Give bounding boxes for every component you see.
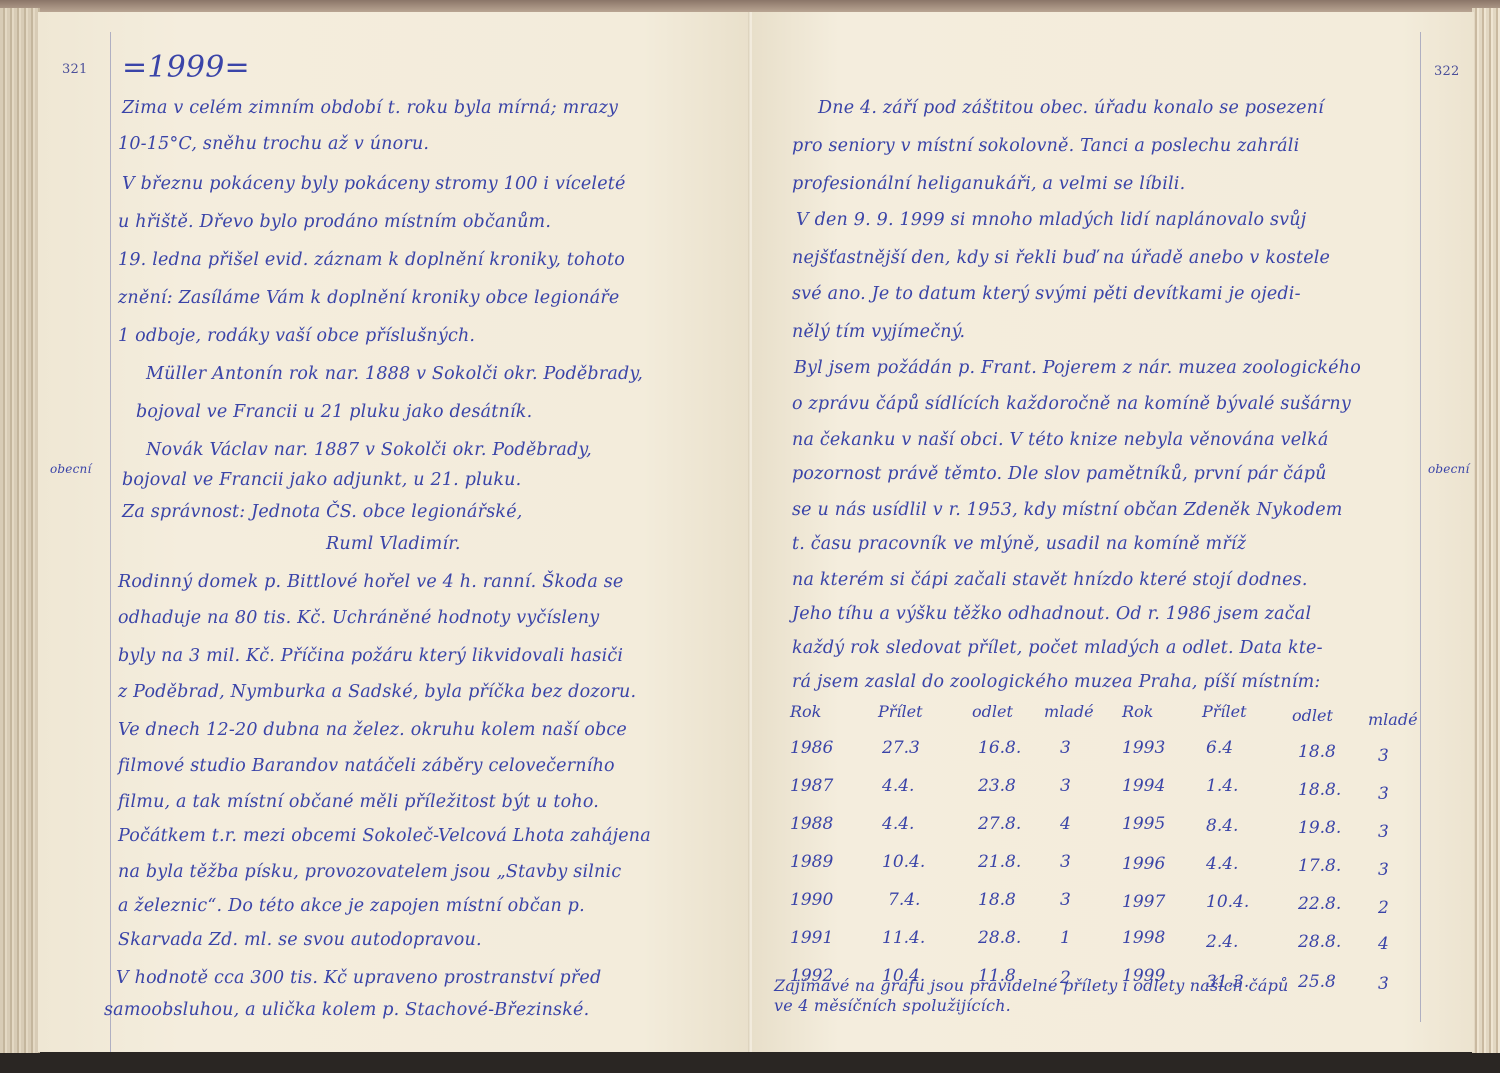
text-line: ve 4 měsíčních spolužijících.	[774, 996, 1011, 1015]
text-line: a železnic“. Do této akce je zapojen mís…	[118, 896, 585, 916]
cell-arrival: 1.4.	[1206, 776, 1238, 796]
cell-young: 3	[1378, 974, 1389, 994]
cell-arrival: 6.4	[1206, 738, 1233, 758]
text-line: Dne 4. září pod záštitou obec. úřadu kon…	[818, 98, 1324, 118]
left-page: 321 =1999= obecní Zima v celém zimním ob…	[38, 12, 750, 1052]
cell-young: 3	[1060, 852, 1071, 872]
cell-arrival: 4.4.	[882, 776, 914, 796]
text-line: Jeho tíhu a výšku těžko odhadnout. Od r.…	[792, 604, 1311, 624]
page-number: 321	[62, 62, 87, 77]
text-line: 10-15°C, sněhu trochu až v únoru.	[118, 134, 429, 154]
cell-year: 1986	[790, 738, 833, 758]
page-edges-left	[0, 8, 40, 1053]
cell-arrival: 10.4.	[1206, 892, 1249, 912]
table-header: mladé	[1368, 710, 1418, 729]
text-line: V den 9. 9. 1999 si mnoho mladých lidí n…	[796, 210, 1306, 230]
cell-arrival: 4.4.	[1206, 854, 1238, 874]
text-line: Ve dnech 12-20 dubna na želez. okruhu ko…	[118, 720, 627, 740]
text-line: Müller Antonín rok nar. 1888 v Sokolči o…	[146, 364, 643, 384]
text-line: z Poděbrad, Nymburka a Sadské, byla příč…	[118, 682, 636, 702]
margin-line	[110, 32, 111, 1052]
cell-year: 1998	[1122, 928, 1165, 948]
text-line: Novák Václav nar. 1887 v Sokolči okr. Po…	[146, 440, 592, 460]
page-number: 322	[1434, 64, 1459, 79]
cell-young: 1	[1060, 928, 1071, 948]
text-line: filmu, a tak místní občané měli příležit…	[118, 792, 599, 812]
text-line: byly na 3 mil. Kč. Příčina požáru který …	[118, 646, 623, 666]
cell-young: 3	[1378, 822, 1389, 842]
cell-young: 3	[1378, 746, 1389, 766]
cell-year: 1993	[1122, 738, 1165, 758]
text-line: znění: Zasíláme Vám k doplnění kroniky o…	[118, 288, 619, 308]
text-line: Počátkem t.r. mezi obcemi Sokoleč-Velcov…	[118, 826, 651, 846]
text-line: 1 odboje, rodáky vaší obce příslušných.	[118, 326, 475, 346]
text-line: své ano. Je to datum který svými pěti de…	[792, 284, 1301, 304]
text-line: o zprávu čápů sídlících každoročně na ko…	[792, 394, 1351, 414]
text-line: na čekanku v naší obci. V této knize neb…	[792, 430, 1328, 450]
table-header: Rok	[790, 702, 821, 721]
cell-young: 3	[1378, 860, 1389, 880]
table-header: Přílet	[878, 702, 923, 721]
cell-year: 1990	[790, 890, 833, 910]
margin-note: obecní	[1428, 462, 1470, 476]
cell-departure: 18.8.	[1298, 780, 1341, 800]
cell-arrival: 27.3	[882, 738, 920, 758]
cell-young: 3	[1060, 776, 1071, 796]
text-line: nejšťastnější den, kdy si řekli buď na ú…	[792, 248, 1330, 268]
text-line: V hodnotě cca 300 tis. Kč upraveno prost…	[116, 968, 601, 988]
cell-departure: 17.8.	[1298, 856, 1341, 876]
text-line: filmové studio Barandov natáčeli záběry …	[118, 756, 615, 776]
cell-young: 3	[1060, 738, 1071, 758]
table-header: odlet	[972, 702, 1013, 721]
cell-year: 1991	[790, 928, 833, 948]
cell-year: 1989	[790, 852, 833, 872]
cell-year: 1997	[1122, 892, 1165, 912]
cell-year: 1987	[790, 776, 833, 796]
text-line: 19. ledna přišel evid. záznam k doplnění…	[118, 250, 625, 270]
cell-departure: 19.8.	[1298, 818, 1341, 838]
cell-arrival: 8.4.	[1206, 816, 1238, 836]
cell-departure: 27.8.	[978, 814, 1021, 834]
text-line: Zajímavé na grafu jsou pravidelné přílet…	[774, 976, 1289, 995]
cell-year: 1994	[1122, 776, 1165, 796]
text-line: Za správnost: Jednota ČS. obce legionářs…	[122, 502, 523, 522]
cell-young: 3	[1060, 890, 1071, 910]
cell-young: 3	[1378, 784, 1389, 804]
year-heading: =1999=	[122, 50, 250, 85]
cell-departure: 28.8.	[1298, 932, 1341, 952]
cell-departure: 28.8.	[978, 928, 1021, 948]
table-header: mladé	[1044, 702, 1094, 721]
text-line: odhaduje na 80 tis. Kč. Uchráněné hodnot…	[118, 608, 599, 628]
signature: Ruml Vladimír.	[326, 534, 461, 554]
text-line: samoobsluhou, a ulička kolem p. Stachové…	[104, 1000, 589, 1020]
text-line: Byl jsem požádán p. Frant. Pojerem z nár…	[794, 358, 1361, 378]
cell-young: 2	[1378, 898, 1389, 918]
cell-arrival: 10.4.	[882, 852, 925, 872]
text-line: rá jsem zaslal do zoologického muzea Pra…	[792, 672, 1321, 692]
table-header: Rok	[1122, 702, 1153, 721]
right-page: 322 obecní Dne 4. září pod záštitou obec…	[752, 12, 1474, 1052]
cell-young: 4	[1378, 934, 1389, 954]
cell-departure: 18.8	[978, 890, 1016, 910]
table-header: Přílet	[1202, 702, 1247, 721]
margin-note: obecní	[50, 462, 92, 476]
table-header: odlet	[1292, 706, 1333, 725]
cell-departure: 18.8	[1298, 742, 1336, 762]
cell-departure: 25.8	[1298, 972, 1336, 992]
open-chronicle-book: 321 =1999= obecní Zima v celém zimním ob…	[0, 0, 1500, 1073]
text-line: Skarvada Zd. ml. se svou autodopravou.	[118, 930, 482, 950]
cell-departure: 22.8.	[1298, 894, 1341, 914]
cell-arrival: 2.4.	[1206, 932, 1238, 952]
text-line: každý rok sledovat přílet, počet mladých…	[792, 638, 1323, 658]
cell-year: 1995	[1122, 814, 1165, 834]
text-line: nělý tím vyjímečný.	[792, 322, 965, 342]
text-line: bojoval ve Francii u 21 pluku jako desát…	[136, 402, 532, 422]
text-line: Rodinný domek p. Bittlové hořel ve 4 h. …	[118, 572, 623, 592]
text-line: se u nás usídlil v r. 1953, kdy místní o…	[792, 500, 1343, 520]
text-line: pozornost právě těmto. Dle slov pamětník…	[792, 464, 1327, 484]
cell-departure: 16.8.	[978, 738, 1021, 758]
text-line: u hřiště. Dřevo bylo prodáno místním obč…	[118, 212, 551, 232]
cell-year: 1996	[1122, 854, 1165, 874]
margin-line	[1420, 32, 1421, 1022]
cell-young: 4	[1060, 814, 1071, 834]
text-line: profesionální heliganukáři, a velmi se l…	[792, 174, 1185, 194]
cell-arrival: 7.4.	[888, 890, 920, 910]
text-line: Zima v celém zimním období t. roku byla …	[122, 98, 618, 118]
text-line: t. času pracovník ve mlýně, usadil na ko…	[792, 534, 1246, 554]
text-line: V březnu pokáceny byly pokáceny stromy 1…	[122, 174, 626, 194]
cell-departure: 21.8.	[978, 852, 1021, 872]
text-line: na byla těžba písku, provozovatelem jsou…	[118, 862, 621, 882]
cell-year: 1988	[790, 814, 833, 834]
text-line: na kterém si čápi začali stavět hnízdo k…	[792, 570, 1308, 590]
text-line: bojoval ve Francii jako adjunkt, u 21. p…	[122, 470, 521, 490]
text-line: pro seniory v místní sokolovně. Tanci a …	[792, 136, 1299, 156]
book-cover-edge	[0, 0, 1500, 12]
cell-arrival: 4.4.	[882, 814, 914, 834]
page-edges-right	[1472, 8, 1500, 1053]
cell-departure: 23.8	[978, 776, 1016, 796]
cell-arrival: 11.4.	[882, 928, 925, 948]
